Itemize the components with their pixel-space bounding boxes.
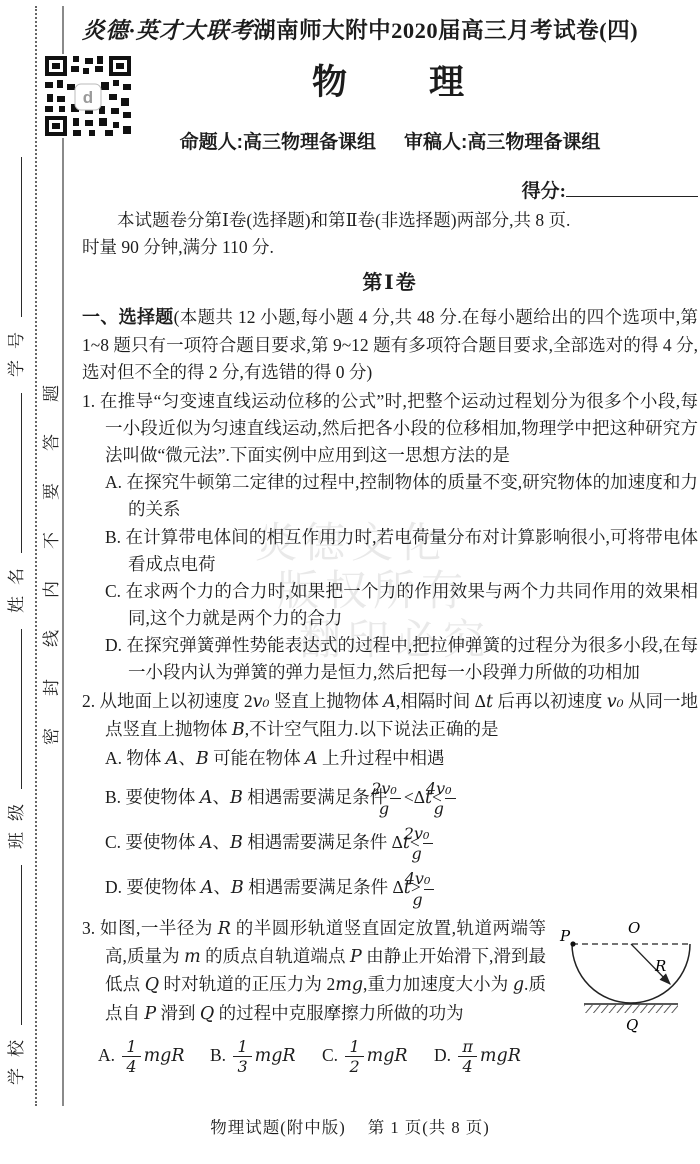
option: A. 在探究牛顿第二定律的过程中,控制物体的质量不变,研究物体的加速度和力的关系 bbox=[82, 469, 698, 523]
math-variable: mgR bbox=[480, 1046, 521, 1066]
student-field: 班级 bbox=[7, 629, 26, 849]
fraction: 14 bbox=[122, 1038, 140, 1076]
math-variable: v₀ bbox=[253, 692, 270, 712]
option: D. π4mgR bbox=[434, 1038, 546, 1076]
semicircle-track-figure: P O R Q bbox=[556, 917, 698, 1037]
math-variable: R bbox=[218, 919, 231, 939]
footer-page-info: 第 1 页(共 8 页) bbox=[368, 1118, 490, 1137]
math-variable: m bbox=[184, 947, 201, 967]
section-head: 一、选择题(本题共 12 小题,每小题 4 分,共 48 分.在每小题给出的四个… bbox=[82, 304, 698, 386]
fraction-numerator: 1 bbox=[122, 1038, 140, 1058]
part-title: 第Ⅰ卷 bbox=[82, 266, 698, 295]
figure-label-r: R bbox=[654, 957, 666, 975]
fraction-denominator: 4 bbox=[458, 1057, 477, 1076]
option: C. 在求两个力的合力时,如果把一个力的作用效果与两个力共同作用的效果相同,这个… bbox=[82, 578, 698, 632]
question-list: 1. 在推导“匀变速直线运动位移的公式”时,把整个运动过程划分为很多个小段,每一… bbox=[82, 388, 698, 1076]
student-field: 学校 bbox=[7, 865, 26, 1085]
exam-header: 炎德·英才大联考湖南师大附中2020届高三月考试卷(四) bbox=[82, 16, 698, 45]
score-blank bbox=[566, 177, 698, 197]
question-stem: 2. 从地面上以初速度 2v₀ 竖直上抛物体 A,相隔时间 Δt 后再以初速度 … bbox=[82, 688, 698, 744]
student-field-label: 学号 bbox=[7, 321, 26, 377]
student-field-label: 学校 bbox=[7, 1029, 26, 1085]
seal-margin-text: 密封线内不要答题 bbox=[37, 335, 61, 745]
option: D. 要使物体 A、B 相遇需要满足条件 Δt>4v₀g bbox=[82, 870, 698, 908]
option: C. 12mgR bbox=[322, 1038, 434, 1076]
math-variable: A bbox=[383, 692, 396, 712]
student-field-label: 班级 bbox=[7, 793, 26, 849]
question: 2. 从地面上以初速度 2v₀ 竖直上抛物体 A,相隔时间 Δt 后再以初速度 … bbox=[82, 688, 698, 908]
section-title: 一、选择题 bbox=[82, 307, 174, 327]
figure-label-o: O bbox=[628, 919, 640, 937]
math-variable: P bbox=[144, 1004, 156, 1024]
fraction-denominator: g bbox=[445, 799, 456, 818]
math-variable: g bbox=[513, 975, 524, 995]
student-field-blank bbox=[4, 865, 22, 1025]
student-info-fields: 学校班级姓名学号 bbox=[2, 93, 32, 1085]
student-field: 学号 bbox=[7, 157, 26, 377]
subject-title: 物 理 bbox=[82, 55, 698, 105]
option: A. 14mgR bbox=[98, 1038, 210, 1076]
math-variable: A bbox=[201, 878, 214, 898]
figure-label-q: Q bbox=[626, 1016, 638, 1034]
fraction-numerator: π bbox=[458, 1038, 477, 1058]
option: B. 要使物体 A、B 相遇需要满足条件2v₀g<Δt<4v₀g bbox=[82, 780, 698, 818]
section-note: (本题共 12 小题,每小题 4 分,共 48 分.在每小题给出的四个选项中,第… bbox=[82, 307, 698, 382]
fraction-denominator: g bbox=[390, 799, 401, 818]
student-field: 姓名 bbox=[7, 393, 26, 613]
fraction: 4v₀g bbox=[445, 780, 456, 818]
question: 1. 在推导“匀变速直线运动位移的公式”时,把整个运动过程划分为很多个小段,每一… bbox=[82, 388, 698, 686]
math-variable: Q bbox=[200, 1004, 214, 1024]
student-field-blank bbox=[4, 157, 22, 317]
fraction-numerator: 1 bbox=[233, 1038, 251, 1058]
exam-series: 炎德·英才大联考 bbox=[82, 18, 253, 43]
math-variable: mgR bbox=[255, 1046, 296, 1066]
question: P O R Q 3. 如图,一半径为 R 的半圆形轨道竖直固定放置,轨道两端等高… bbox=[82, 915, 698, 1076]
math-variable: mg bbox=[335, 975, 363, 995]
math-variable: B bbox=[230, 788, 243, 808]
option: B. 在计算带电体间的相互作用力时,若电荷量分布对计算影响很小,可将带电体看成点… bbox=[82, 524, 698, 578]
intro-line1: 本试题卷分第Ⅰ卷(选择题)和第Ⅱ卷(非选择题)两部分,共 8 页. bbox=[82, 207, 698, 233]
math-variable: B bbox=[232, 720, 245, 740]
math-variable: Q bbox=[145, 975, 159, 995]
fraction: 13 bbox=[233, 1038, 251, 1076]
option: B. 13mgR bbox=[210, 1038, 322, 1076]
math-variable: t bbox=[486, 692, 493, 712]
question-stem: P O R Q 3. 如图,一半径为 R 的半圆形轨道竖直固定放置,轨道两端等高… bbox=[82, 915, 698, 1028]
reviewer: 审稿人:高三物理备课组 bbox=[404, 132, 600, 153]
exam-name: 湖南师大附中2020届高三月考试卷(四) bbox=[253, 18, 638, 43]
math-variable: v₀ bbox=[607, 692, 624, 712]
fraction: π4 bbox=[458, 1038, 477, 1076]
math-variable: A bbox=[200, 788, 213, 808]
fraction: 2v₀g bbox=[423, 825, 434, 863]
math-variable: B bbox=[230, 833, 243, 853]
intro-line2: 时量 90 分钟,满分 110 分. bbox=[82, 234, 698, 260]
question-stem: 1. 在推导“匀变速直线运动位移的公式”时,把整个运动过程划分为很多个小段,每一… bbox=[82, 388, 698, 469]
fraction-numerator: 1 bbox=[345, 1038, 363, 1058]
option: D. 在探究弹簧弹性势能表达式的过程中,把拉伸弹簧的过程分为很多小段,在每一小段… bbox=[82, 632, 698, 686]
student-field-label: 姓名 bbox=[7, 557, 26, 613]
fraction-numerator: 4v₀ bbox=[424, 870, 435, 890]
student-field-blank bbox=[4, 629, 22, 789]
option: A. 物体 A、B 可能在物体 A 上升过程中相遇 bbox=[82, 745, 698, 773]
fraction-numerator: 2v₀ bbox=[390, 780, 401, 800]
seal-solid-line bbox=[62, 6, 64, 1106]
fraction-denominator: 2 bbox=[345, 1057, 363, 1076]
student-field-blank bbox=[4, 393, 22, 553]
fraction-denominator: 4 bbox=[122, 1057, 140, 1076]
figure-label-p: P bbox=[559, 927, 571, 945]
fraction-denominator: g bbox=[423, 844, 434, 863]
fraction: 4v₀g bbox=[424, 870, 435, 908]
footer-doc-name: 物理试题(附中版) bbox=[210, 1118, 346, 1137]
option-row: A. 14mgRB. 13mgRC. 12mgRD. π4mgR bbox=[82, 1038, 546, 1076]
exam-page: 学校班级姓名学号 密封线内不要答题 炎德文化版权所有翻印必究 d 炎德·英才大联… bbox=[0, 0, 700, 1164]
math-variable: P bbox=[350, 947, 362, 967]
math-variable: B bbox=[231, 878, 244, 898]
page-footer: 物理试题(附中版)第 1 页(共 8 页) bbox=[0, 1114, 700, 1138]
score-line: 得分: bbox=[82, 176, 698, 203]
math-variable: mgR bbox=[144, 1046, 185, 1066]
intro-paragraph: 本试题卷分第Ⅰ卷(选择题)和第Ⅱ卷(非选择题)两部分,共 8 页. 时量 90 … bbox=[82, 207, 698, 260]
setter: 命题人:高三物理备课组 bbox=[180, 132, 376, 153]
math-variable: A bbox=[305, 749, 318, 769]
fraction-numerator: 4v₀ bbox=[445, 780, 456, 800]
math-variable: A bbox=[166, 749, 179, 769]
main-column: 炎德·英才大联考湖南师大附中2020届高三月考试卷(四) 物 理 命题人:高三物… bbox=[82, 0, 698, 1076]
fraction-denominator: 3 bbox=[233, 1057, 251, 1076]
fraction-denominator: g bbox=[424, 890, 435, 909]
fraction-numerator: 2v₀ bbox=[423, 825, 434, 845]
score-label: 得分: bbox=[522, 181, 566, 202]
math-variable: A bbox=[200, 833, 213, 853]
math-variable: mgR bbox=[367, 1046, 408, 1066]
fraction: 12 bbox=[345, 1038, 363, 1076]
setter-line: 命题人:高三物理备课组审稿人:高三物理备课组 bbox=[82, 127, 698, 154]
math-variable: B bbox=[196, 749, 209, 769]
option: C. 要使物体 A、B 相遇需要满足条件 Δt<2v₀g bbox=[82, 825, 698, 863]
fraction: 2v₀g bbox=[390, 780, 401, 818]
